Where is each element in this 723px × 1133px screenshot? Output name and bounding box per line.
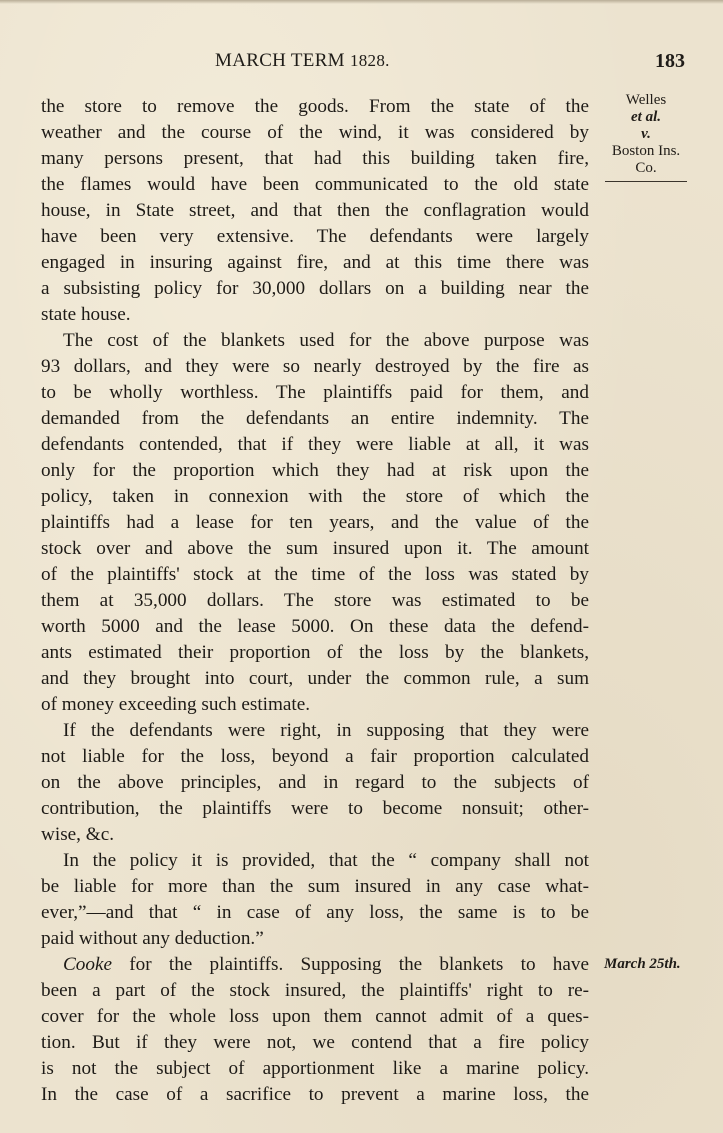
margin-note-date: March 25th.	[604, 956, 681, 973]
counsel-name: Cooke	[63, 954, 112, 975]
text-line: and they brought into court, under the c…	[41, 666, 589, 692]
text-line: In the case of a sacrifice to prevent a …	[41, 1082, 589, 1108]
text-line: stock over and above the sum insured upo…	[41, 536, 589, 562]
paragraph-start-line: If the defendants were right, in supposi…	[41, 718, 589, 744]
running-title-text: MARCH TERM	[215, 50, 345, 71]
text-line: ever,”—and that “ in case of any loss, t…	[41, 900, 589, 926]
text-line: ants estimated their proportion of the l…	[41, 640, 589, 666]
text-line: paid without any deduction.”	[41, 926, 589, 952]
text-line: plaintiffs had a lease for ten years, an…	[41, 510, 589, 536]
running-title-year: 1828.	[350, 51, 390, 70]
text-line: demanded from the defendants an entire i…	[41, 406, 589, 432]
case-name-defendant-cont: Co.	[600, 160, 692, 177]
text-line: weather and the course of the wind, it w…	[41, 120, 589, 146]
text-line: is not the subject of apportionment like…	[41, 1056, 589, 1082]
text-line: defendants contended, that if they were …	[41, 432, 589, 458]
text-line: house, in State street, and that then th…	[41, 198, 589, 224]
body-text: the store to remove the goods. From the …	[41, 94, 589, 1108]
margin-note-case-name: Welles et al. v. Boston Ins. Co.	[600, 92, 692, 182]
case-name-versus: v.	[600, 126, 692, 143]
text-line: on the above principles, and in regard t…	[41, 770, 589, 796]
margin-rule-divider	[605, 181, 687, 182]
text-line: them at 35,000 dollars. The store was es…	[41, 588, 589, 614]
text-line: state house.	[41, 302, 589, 328]
case-name-plaintiff: Welles	[600, 92, 692, 109]
text-line: of the plaintiffs' stock at the time of …	[41, 562, 589, 588]
text-line: the store to remove the goods. From the …	[41, 94, 589, 120]
page-top-edge	[0, 0, 723, 4]
text-line: 93 dollars, and they were so nearly dest…	[41, 354, 589, 380]
case-name-defendant: Boston Ins.	[600, 143, 692, 160]
text-line: contribution, the plaintiffs were to bec…	[41, 796, 589, 822]
text-line: policy, taken in connexion with the stor…	[41, 484, 589, 510]
paragraph-start-line: The cost of the blankets used for the ab…	[41, 328, 589, 354]
text-line: cover for the whole loss upon them canno…	[41, 1004, 589, 1030]
text-line: have been very extensive. The defendants…	[41, 224, 589, 250]
text-line: engaged in insuring against fire, and at…	[41, 250, 589, 276]
text-line: be liable for more than the sum insured …	[41, 874, 589, 900]
text-line: of money exceeding such estimate.	[41, 692, 589, 718]
text-line: only for the proportion which they had a…	[41, 458, 589, 484]
paragraph-start-line: Cooke for the plaintiffs. Supposing the …	[41, 952, 589, 978]
text-line-rest: for the plaintiffs. Supposing the blanke…	[112, 954, 589, 975]
page-number: 183	[655, 50, 685, 73]
text-line: a subsisting policy for 30,000 dollars o…	[41, 276, 589, 302]
text-line: to be wholly worthless. The plaintiffs p…	[41, 380, 589, 406]
text-line: the flames would have been communicated …	[41, 172, 589, 198]
text-line: tion. But if they were not, we contend t…	[41, 1030, 589, 1056]
text-line: been a part of the stock insured, the pl…	[41, 978, 589, 1004]
running-title: MARCH TERM 1828.	[215, 50, 390, 72]
paragraph-start-line: In the policy it is provided, that the “…	[41, 848, 589, 874]
text-line: wise, &c.	[41, 822, 589, 848]
text-line: worth 5000 and the lease 5000. On these …	[41, 614, 589, 640]
text-line: many persons present, that had this buil…	[41, 146, 589, 172]
case-name-et-al: et al.	[600, 109, 692, 126]
text-line: not liable for the loss, beyond a fair p…	[41, 744, 589, 770]
running-header: MARCH TERM 1828. 183	[0, 50, 723, 76]
